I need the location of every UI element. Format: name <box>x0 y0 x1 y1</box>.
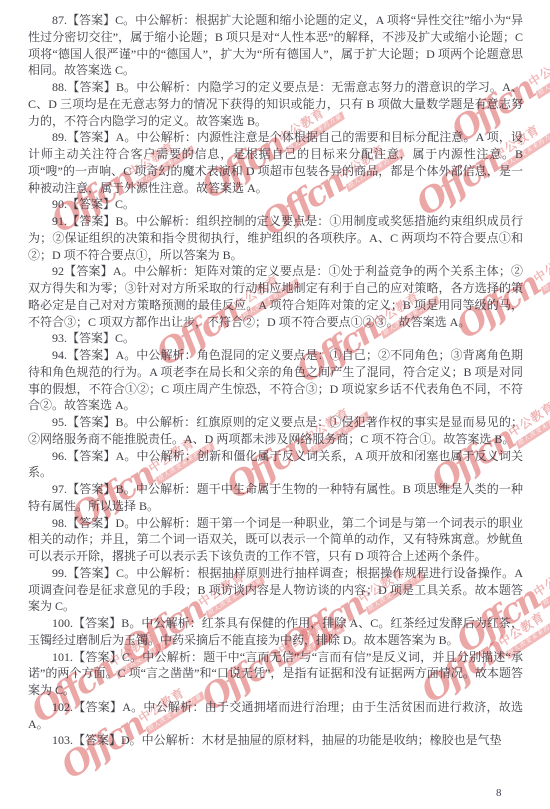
answer-paragraph: 95.【答案】B。中公解析：红旗原则的定义要点是：①侵犯著作权的事实是显而易见的… <box>28 414 523 448</box>
answer-paragraph: 87.【答案】C。中公解析：根据扩大论题和缩小论题的定义，A 项将“异性交往”缩… <box>28 12 523 79</box>
answer-paragraph: 94.【答案】A。中公解析：角色混同的定义要点是：①自己；②不同角色；③背离角色… <box>28 347 523 414</box>
watermark-text-block: 中公教育给人改变未来的力量 <box>530 550 550 609</box>
answer-paragraph: 100.【答案】B。中公解析：红茶具有保健的作用，排除 A、C。红茶经过发酵后为… <box>28 615 523 649</box>
watermark-brand-cn: 中公教育 <box>525 40 550 91</box>
page-number: 8 <box>496 787 502 799</box>
watermark-text-block: 中公教育给人改变未来的力量 <box>525 40 550 99</box>
answer-paragraph: 102.【答案】A。中公解析：由于交通拥堵而进行治理；由于生活贫困而进行救济，故… <box>28 699 523 733</box>
answer-paragraph: 103.【答案】D。中公解析：木材是抽屉的原材料，抽屉的功能是收纳；橡胶也是气垫 <box>28 732 523 749</box>
answer-paragraph: 93.【答案】C。 <box>28 330 523 347</box>
answer-paragraph: 89.【答案】A。中公解析：内源性注意是个体根据自己的需要和目标分配注意。A 项… <box>28 129 523 196</box>
watermark-slogan: 给人改变未来的力量 <box>541 565 550 609</box>
watermark-slogan: 给人改变未来的力量 <box>541 251 550 295</box>
answer-paragraph: 96.【答案】A。中公解析：创新和僵化属于反义词关系，A 项开放和闭塞也属于反义… <box>28 448 523 482</box>
answer-paragraph: 97.【答案】B。中公解析：题干中生命属于生物的一种特有属性。B 项思维是人类的… <box>28 481 523 515</box>
watermark-brand-cn: 中公教育 <box>530 236 550 287</box>
watermark-text-block: 中公教育给人改变未来的力量 <box>530 236 550 295</box>
answer-paragraph: 90.【答案】C。 <box>28 196 523 213</box>
answer-paragraph: 88.【答案】B。中公解析：内隐学习的定义要点是：无需意志努力的潜意识的学习。A… <box>28 79 523 129</box>
answers-list: 87.【答案】C。中公解析：根据扩大论题和缩小论题的定义，A 项将“异性交往”缩… <box>28 12 523 749</box>
watermark-brand-cn: 中公教育 <box>530 550 550 601</box>
answer-paragraph: 91.【答案】B。中公解析：组织控制的定义要点是：①用制度或奖惩措施约束组织成员… <box>28 213 523 263</box>
watermark-slogan: 给人改变未来的力量 <box>536 55 550 99</box>
answer-paragraph: 98.【答案】D。中公解析：题干第一个词是一种职业，第二个词是与第一个词表示的职… <box>28 515 523 565</box>
answer-paragraph: 101.【答案】C。中公解析：题干中“言而无信”与“言而有信”是反义词，并且分别… <box>28 649 523 699</box>
answer-paragraph: 92【答案】A。中公解析：矩阵对策的定义要点是：①处于利益竞争的两个关系主体；②… <box>28 263 523 330</box>
answer-paragraph: 99.【答案】C。中公解析：根据抽样原则进行抽样调查；根据操作规程进行设备操作。… <box>28 565 523 615</box>
document-page: Offcn中公教育给人改变未来的力量Offcn中公教育给人改变未来的力量Offc… <box>0 0 550 809</box>
